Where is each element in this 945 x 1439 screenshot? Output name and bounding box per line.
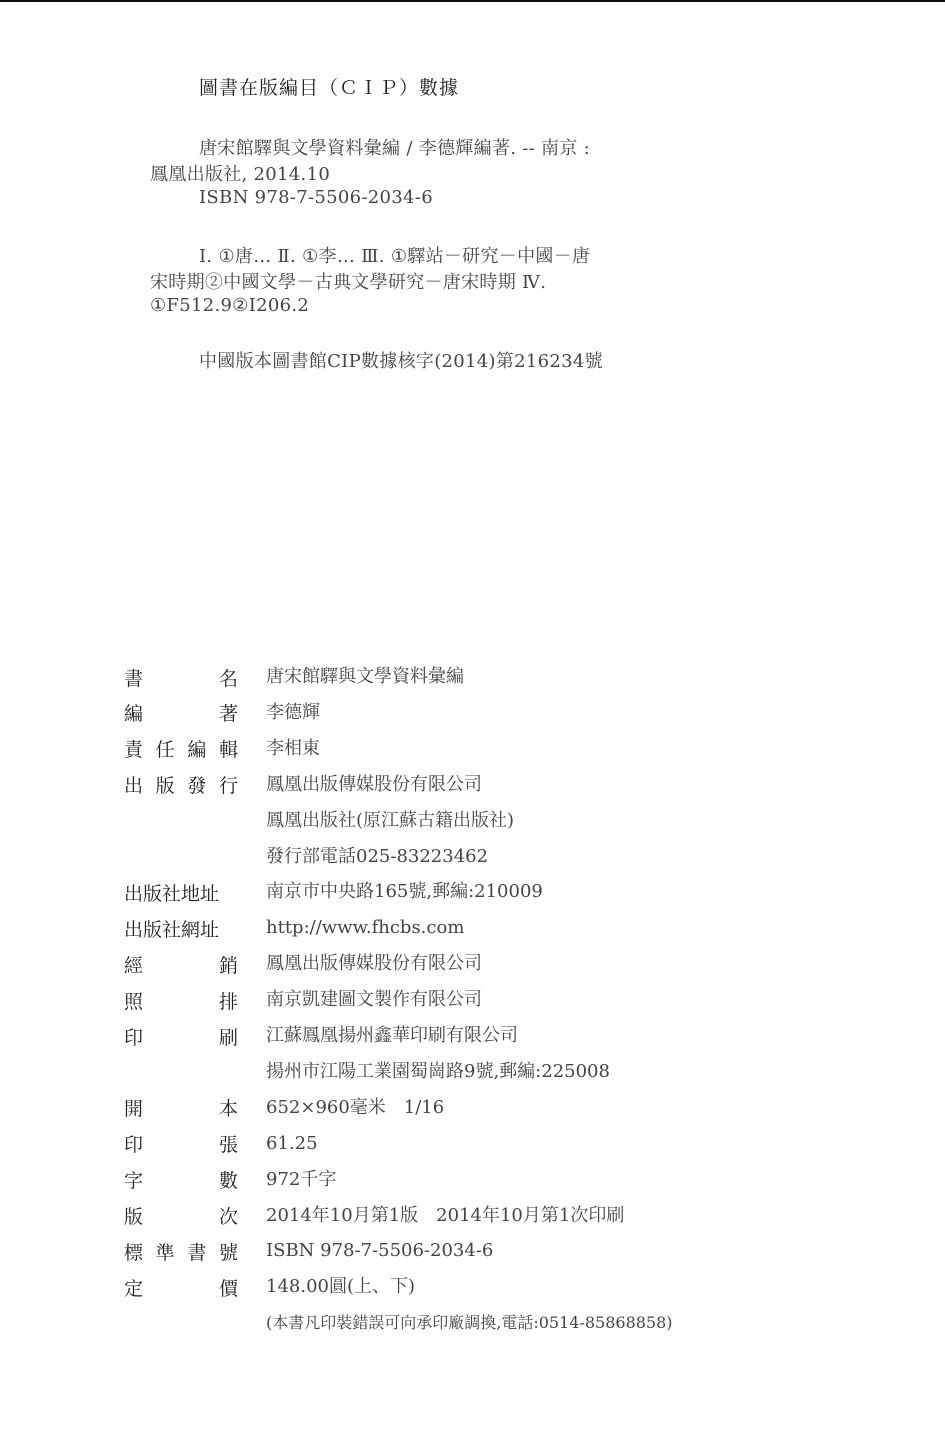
imprint-value: 南京凱建圖文製作有限公司 xyxy=(266,983,482,1017)
imprint-label-char: 印 xyxy=(124,1023,143,1050)
cip-line-title-author: 唐宋館驛與文學資料彙編 / 李德輝編著. -- 南京 : xyxy=(199,134,590,160)
cip-line-classification: ①F512.9②I206.2 xyxy=(150,295,309,316)
imprint-row: 標準書號ISBN 978-7-5506-2034-6 xyxy=(124,1234,884,1268)
imprint-label-char: 刷 xyxy=(219,1023,238,1050)
imprint-label: 經銷 xyxy=(124,947,238,981)
imprint-label-char: 經 xyxy=(124,951,143,978)
imprint-label-char: 本 xyxy=(219,1094,238,1121)
imprint-value: 652×960毫米 1/16 xyxy=(266,1091,444,1125)
imprint-label-char: 版 xyxy=(156,771,175,798)
imprint-row: 定價148.00圓(上、下) xyxy=(124,1270,884,1304)
cip-line-isbn: ISBN 978-7-5506-2034-6 xyxy=(199,187,433,208)
imprint-label-char: 輯 xyxy=(219,735,238,762)
imprint-row: (本書凡印裝錯誤可向承印廠調換,電話:0514-85868858) xyxy=(124,1306,884,1340)
imprint-value: 李相東 xyxy=(266,732,320,766)
imprint-label-char: 責 xyxy=(124,735,143,762)
imprint-value: 2014年10月第1版 2014年10月第1次印刷 xyxy=(266,1199,624,1233)
imprint-label: 編著 xyxy=(124,696,238,730)
imprint-row: 編著李德輝 xyxy=(124,696,884,730)
imprint-value: 南京市中央路165號,郵編:210009 xyxy=(266,875,543,909)
imprint-label-char: 書 xyxy=(124,664,143,691)
imprint-label-char: 次 xyxy=(219,1202,238,1229)
imprint-label-char: 印 xyxy=(124,1130,143,1157)
imprint-row: 責任編輯李相東 xyxy=(124,732,884,766)
imprint-label-char: 編 xyxy=(124,699,143,726)
imprint-label-char: 開 xyxy=(124,1094,143,1121)
imprint-label-char: 出版社網址 xyxy=(124,915,219,942)
imprint-label: 印張 xyxy=(124,1127,238,1161)
imprint-label-char: 號 xyxy=(219,1238,238,1265)
imprint-value: 148.00圓(上、下) xyxy=(266,1270,415,1304)
imprint-label-char: 張 xyxy=(219,1130,238,1157)
cip-line-subjects-2: 宋時期②中國文學－古典文學研究－唐宋時期 Ⅳ. xyxy=(150,268,546,294)
imprint-label-char: 出版社地址 xyxy=(124,879,219,906)
imprint-label-char: 定 xyxy=(124,1274,143,1301)
imprint-label: 出版發行 xyxy=(124,768,238,802)
imprint-value: 61.25 xyxy=(266,1127,318,1161)
imprint-value: http://www.fhcbs.com xyxy=(266,911,464,945)
imprint-label: 出版社地址 xyxy=(124,875,238,909)
imprint-label-char: 數 xyxy=(219,1166,238,1193)
imprint-row: 版次2014年10月第1版 2014年10月第1次印刷 xyxy=(124,1199,884,1233)
imprint-label: 照排 xyxy=(124,983,238,1017)
cip-title: 圖書在版編目（ＣＩＰ）數據 xyxy=(199,73,459,100)
imprint-label xyxy=(124,1055,238,1089)
imprint-label-char: 字 xyxy=(124,1166,143,1193)
imprint-row: 印張61.25 xyxy=(124,1127,884,1161)
imprint-row: 字數972千字 xyxy=(124,1163,884,1197)
imprint-value: 唐宋館驛與文學資料彙編 xyxy=(266,660,464,694)
imprint-value: 972千字 xyxy=(266,1163,336,1197)
imprint-label xyxy=(124,1306,238,1340)
imprint-row: 出版發行鳳凰出版傳媒股份有限公司 xyxy=(124,768,884,802)
imprint-label: 版次 xyxy=(124,1199,238,1233)
imprint-row: 出版社網址http://www.fhcbs.com xyxy=(124,911,884,945)
imprint-row: 書名唐宋館驛與文學資料彙編 xyxy=(124,660,884,694)
imprint-value: 李德輝 xyxy=(266,696,320,730)
imprint-value: (本書凡印裝錯誤可向承印廠調換,電話:0514-85868858) xyxy=(266,1306,673,1340)
cip-line-subjects-1: Ⅰ. ①唐… Ⅱ. ①李… Ⅲ. ①驛站－研究－中國－唐 xyxy=(199,242,590,268)
imprint-label-char: 出 xyxy=(124,771,143,798)
imprint-row: 鳳凰出版社(原江蘇古籍出版社) xyxy=(124,804,884,838)
cip-line-publisher: 鳳凰出版社, 2014.10 xyxy=(150,160,330,186)
imprint-value: ISBN 978-7-5506-2034-6 xyxy=(266,1234,493,1268)
imprint-label-char: 標 xyxy=(124,1238,143,1265)
imprint-value: 鳳凰出版傳媒股份有限公司 xyxy=(266,768,482,802)
imprint-row: 印刷江蘇鳳凰揚州鑫華印刷有限公司 xyxy=(124,1019,884,1053)
imprint-label-char: 發 xyxy=(187,771,206,798)
imprint-label xyxy=(124,804,238,838)
imprint-label: 書名 xyxy=(124,660,238,694)
imprint-label: 字數 xyxy=(124,1163,238,1197)
imprint-row: 出版社地址南京市中央路165號,郵編:210009 xyxy=(124,875,884,909)
imprint-label-char: 照 xyxy=(124,987,143,1014)
imprint-label-char: 名 xyxy=(219,664,238,691)
imprint-label-char: 任 xyxy=(156,735,175,762)
imprint-value: 鳳凰出版社(原江蘇古籍出版社) xyxy=(266,804,514,838)
imprint-label-char: 書 xyxy=(187,1238,206,1265)
imprint-row: 開本652×960毫米 1/16 xyxy=(124,1091,884,1125)
imprint-value: 揚州市江陽工業園蜀崗路9號,郵編:225008 xyxy=(266,1055,610,1089)
imprint-label-char: 價 xyxy=(219,1274,238,1301)
imprint-label-char: 排 xyxy=(219,987,238,1014)
cip-line-record-number: 中國版本圖書館CIP數據核字(2014)第216234號 xyxy=(199,347,603,373)
imprint-row: 照排南京凱建圖文製作有限公司 xyxy=(124,983,884,1017)
imprint-label-char: 行 xyxy=(219,771,238,798)
imprint-label: 開本 xyxy=(124,1091,238,1125)
imprint-label-char: 準 xyxy=(156,1238,175,1265)
imprint-label: 出版社網址 xyxy=(124,911,238,945)
page-top-border xyxy=(0,0,945,2)
imprint-label xyxy=(124,840,238,874)
imprint-label: 責任編輯 xyxy=(124,732,238,766)
imprint-row: 發行部電話025-83223462 xyxy=(124,840,884,874)
imprint-label-char: 編 xyxy=(187,735,206,762)
imprint-label-char: 銷 xyxy=(219,951,238,978)
imprint-value: 發行部電話025-83223462 xyxy=(266,840,488,874)
imprint-row: 揚州市江陽工業園蜀崗路9號,郵編:225008 xyxy=(124,1055,884,1089)
imprint-value: 江蘇鳳凰揚州鑫華印刷有限公司 xyxy=(266,1019,518,1053)
imprint-row: 經銷鳳凰出版傳媒股份有限公司 xyxy=(124,947,884,981)
imprint-label-char: 版 xyxy=(124,1202,143,1229)
imprint-label-char: 著 xyxy=(219,699,238,726)
imprint-label: 印刷 xyxy=(124,1019,238,1053)
imprint-label: 定價 xyxy=(124,1270,238,1304)
imprint-value: 鳳凰出版傳媒股份有限公司 xyxy=(266,947,482,981)
imprint-label: 標準書號 xyxy=(124,1234,238,1268)
